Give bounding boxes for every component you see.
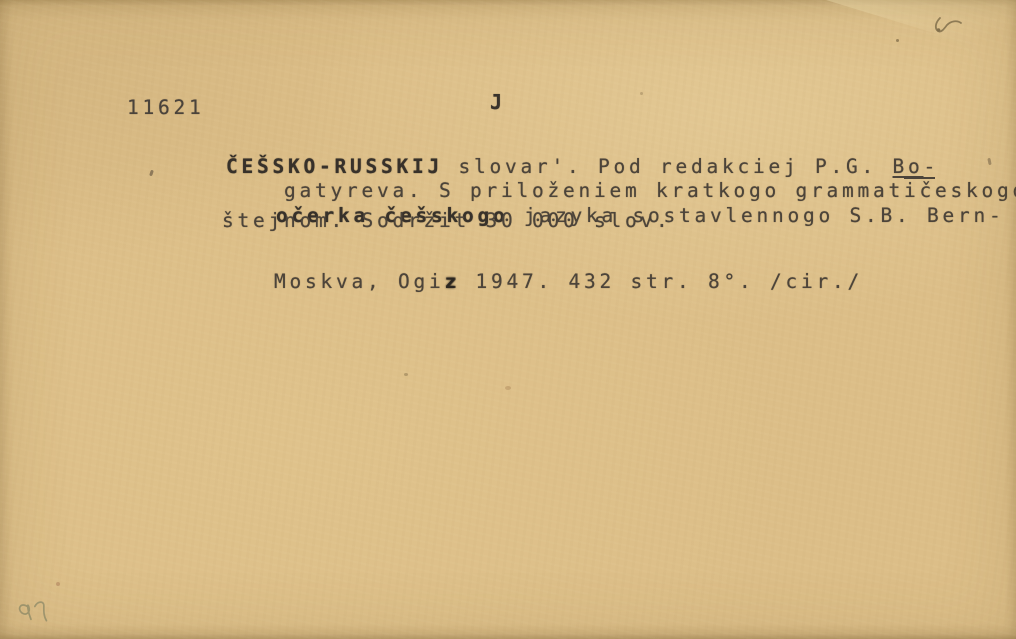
ink-speck <box>640 92 643 95</box>
imprint-place-publisher: Moskva, Ogi <box>274 270 445 293</box>
imprint-line: Moskva, Ogiz 1947. 432 str. 8°. /cir./ <box>212 252 863 311</box>
ink-speck <box>56 582 60 586</box>
imprint-overstruck-letter: z <box>445 270 461 293</box>
catalog-card: 11621 J ČEŠSKO-RUSSKIJ slovar'. Pod reda… <box>0 0 1016 639</box>
imprint-details: 1947. 432 str. 8°. /cir./ <box>460 270 863 293</box>
catalog-number: 11621 <box>127 98 205 118</box>
ink-speck <box>896 39 899 42</box>
pencil-scribble-icon <box>12 589 64 636</box>
entry-line-4: štejnom. Sodržit 30 000 slov. <box>222 211 672 231</box>
pen-checkmark-icon <box>931 15 965 43</box>
heading-letter: J <box>490 92 506 112</box>
ink-speck <box>404 373 408 376</box>
ink-speck <box>149 170 154 177</box>
ink-speck <box>505 386 511 390</box>
card-corner-highlight <box>826 0 1016 58</box>
